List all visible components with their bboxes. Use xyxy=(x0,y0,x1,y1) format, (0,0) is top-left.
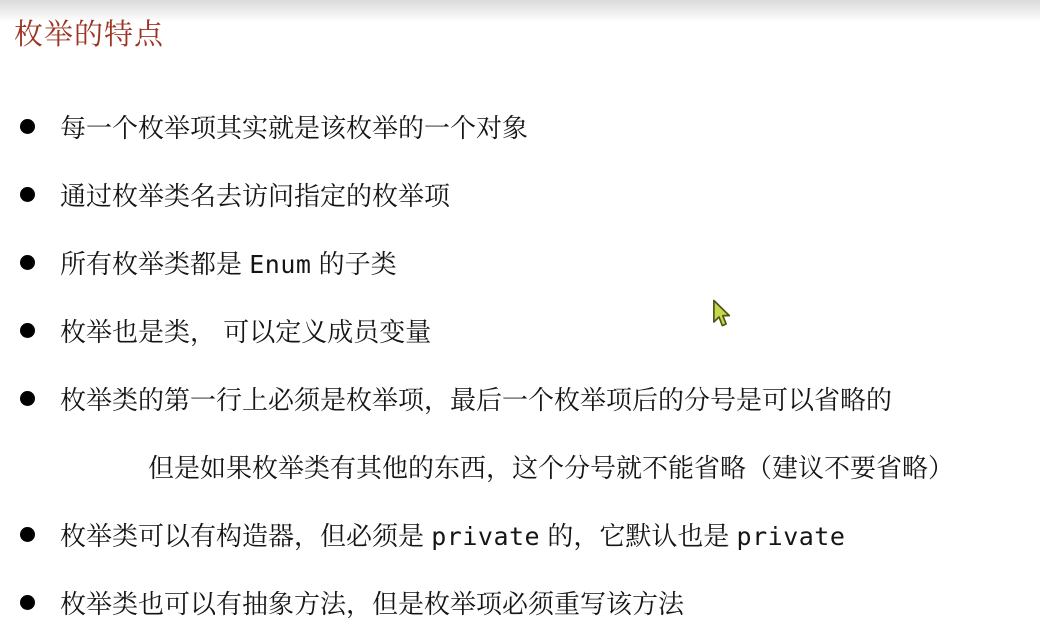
plain-text: 但是如果枚举类有其他的东西，这个分号就不能省略（建议不要省略） xyxy=(148,453,954,483)
plain-text: 所有枚举类都是 xyxy=(60,249,249,279)
bullet-icon xyxy=(20,527,35,542)
list-item-text: 但是如果枚举类有其他的东西，这个分号就不能省略（建议不要省略） xyxy=(148,448,954,485)
plain-text: 通过枚举类名去访问指定的枚举项 xyxy=(60,181,450,211)
list-item: 枚举类可以有构造器，但必须是 private 的，它默认也是 private xyxy=(20,500,1035,568)
plain-text: 每一个枚举项其实就是该枚举的一个对象 xyxy=(60,113,528,143)
list-item-text: 枚举类可以有构造器，但必须是 private 的，它默认也是 private xyxy=(60,516,845,553)
bullet-icon xyxy=(20,391,35,406)
bullet-icon xyxy=(20,323,35,338)
mouse-cursor-icon xyxy=(709,299,731,330)
page-title: 枚举的特点 xyxy=(14,12,164,53)
list-item-text: 枚举类也可以有抽象方法，但是枚举项必须重写该方法 xyxy=(60,584,684,621)
bullet-icon xyxy=(20,255,35,270)
plain-text: 枚举也是类， 可以定义成员变量 xyxy=(60,317,431,347)
bullet-icon xyxy=(20,187,35,202)
list-item: 枚举类的第一行上必须是枚举项，最后一个枚举项后的分号是可以省略的 xyxy=(20,364,1035,432)
bullet-list: 每一个枚举项其实就是该枚举的一个对象通过枚举类名去访问指定的枚举项所有枚举类都是… xyxy=(20,92,1035,632)
list-item: 枚举类也可以有抽象方法，但是枚举项必须重写该方法 xyxy=(20,568,1035,632)
list-item: 每一个枚举项其实就是该枚举的一个对象 xyxy=(20,92,1035,160)
code-text: private xyxy=(737,522,846,551)
plain-text: 枚举类也可以有抽象方法，但是枚举项必须重写该方法 xyxy=(60,589,684,619)
list-item-text: 枚举也是类， 可以定义成员变量 xyxy=(60,312,431,349)
list-item-text: 通过枚举类名去访问指定的枚举项 xyxy=(60,176,450,213)
plain-text: 枚举类可以有构造器，但必须是 xyxy=(60,521,431,551)
list-item: 所有枚举类都是 Enum 的子类 xyxy=(20,228,1035,296)
plain-text: 的子类 xyxy=(311,249,396,279)
list-item: 枚举也是类， 可以定义成员变量 xyxy=(20,296,1035,364)
arrow-cursor-shape xyxy=(714,301,729,326)
bullet-icon xyxy=(20,119,35,134)
list-item-text: 所有枚举类都是 Enum 的子类 xyxy=(60,244,397,281)
list-item: 通过枚举类名去访问指定的枚举项 xyxy=(20,160,1035,228)
list-item-text: 枚举类的第一行上必须是枚举项，最后一个枚举项后的分号是可以省略的 xyxy=(60,380,892,417)
list-item-continuation: 但是如果枚举类有其他的东西，这个分号就不能省略（建议不要省略） xyxy=(20,432,1035,500)
code-text: Enum xyxy=(249,250,311,279)
code-text: private xyxy=(431,522,540,551)
bullet-icon xyxy=(20,595,35,610)
list-item-text: 每一个枚举项其实就是该枚举的一个对象 xyxy=(60,108,528,145)
plain-text: 的，它默认也是 xyxy=(540,521,736,551)
plain-text: 枚举类的第一行上必须是枚举项，最后一个枚举项后的分号是可以省略的 xyxy=(60,385,892,415)
